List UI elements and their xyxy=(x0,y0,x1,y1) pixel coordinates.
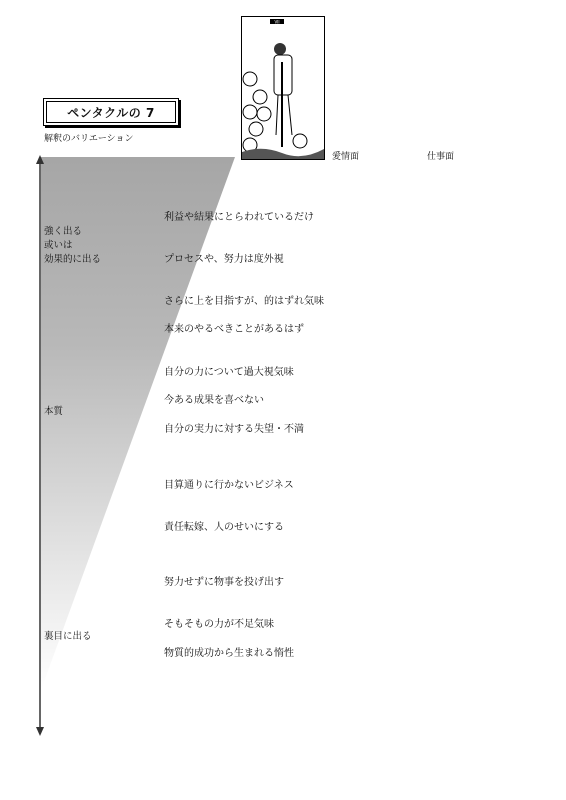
list-item: 自分の力について過大視気味 xyxy=(164,363,294,378)
list-item: プロセスや、努力は度外視 xyxy=(164,250,284,265)
list-item: 利益や結果にとらわれているだけ xyxy=(164,208,314,223)
list-item: 責任転嫁、人のせいにする xyxy=(164,518,284,533)
list-item: 自分の実力に対する失望・不満 xyxy=(164,420,304,435)
list-item: 今ある成果を喜べない xyxy=(164,391,264,406)
title-box: ペンタクルの 7 xyxy=(43,98,179,126)
list-item: そもそもの力が不足気味 xyxy=(164,615,274,630)
card-numeral: VII xyxy=(274,20,279,25)
list-item: 本来のやるべきことがあるはず xyxy=(164,320,304,335)
tarot-card-image: VII xyxy=(241,16,325,160)
seven-of-pentacles-icon: VII xyxy=(242,17,324,159)
axis-label-backfire: 裏目に出る xyxy=(44,630,92,644)
column-header-love: 愛情面 xyxy=(332,149,359,162)
list-item: 目算通りに行かないビジネス xyxy=(164,476,294,491)
axis-label-essence: 本質 xyxy=(44,405,63,419)
list-item: 努力せずに物事を投げ出す xyxy=(164,573,284,588)
subtitle: 解釈のバリエーション xyxy=(44,131,133,144)
list-item: 物質的成功から生まれる惰性 xyxy=(164,644,294,659)
column-header-work: 仕事面 xyxy=(427,149,454,162)
axis-label-strong: 強く出る 或いは 効果的に出る xyxy=(44,225,101,267)
page-title: ペンタクルの 7 xyxy=(67,104,155,121)
list-item: さらに上を目指すが、的はずれ気味 xyxy=(164,292,324,307)
